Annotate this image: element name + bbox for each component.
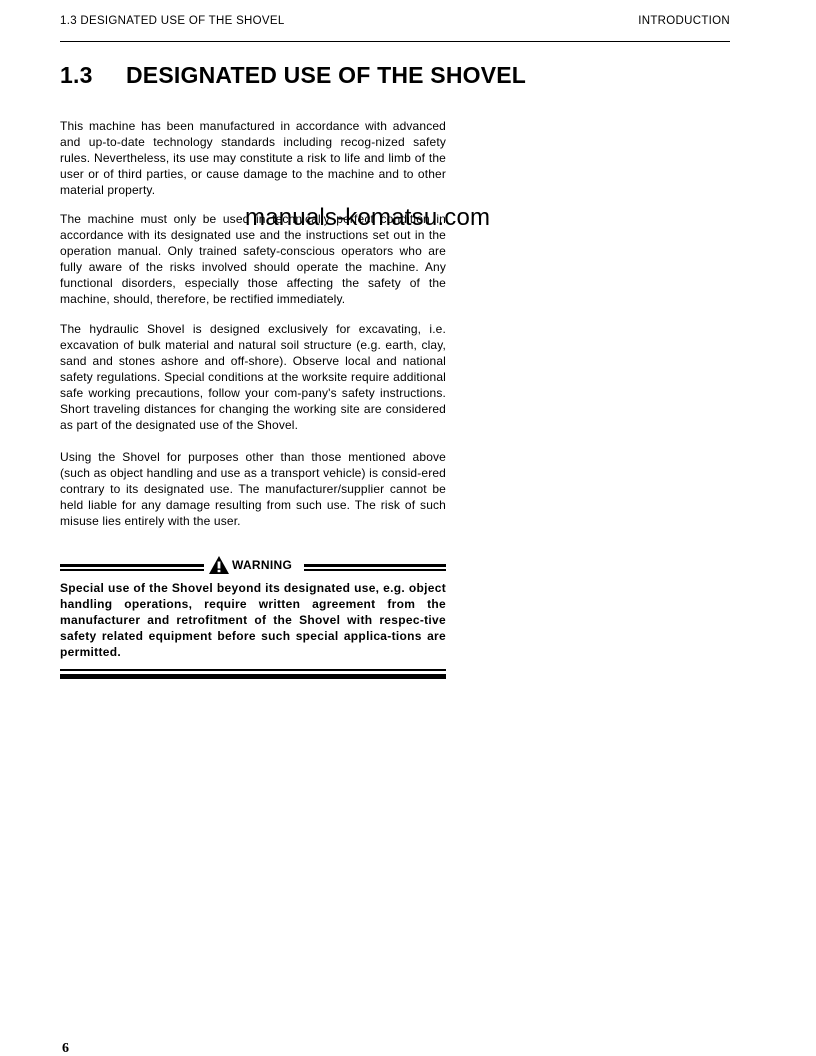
warning-label: WARNING [209,555,292,575]
paragraph-text: Using the Shovel for purposes other than… [60,449,446,529]
running-header-chapter: INTRODUCTION [638,15,730,27]
paragraph-3: The hydraulic Shovel is designed exclusi… [60,321,446,433]
paragraph-1: This machine has been manufactured in ac… [60,118,446,198]
section-number: 1.3 [60,62,126,89]
warning-rule-right [304,564,446,572]
paragraph-4: Using the Shovel for purposes other than… [60,449,446,529]
watermark: manuals-komatsu.com [245,204,490,232]
header-divider [60,41,730,42]
page-title: 1.3DESIGNATED USE OF THE SHOVEL [60,62,526,89]
running-header-section: 1.3 DESIGNATED USE OF THE SHOVEL [60,15,285,27]
warning-text: Special use of the Shovel beyond its des… [60,580,446,660]
warning-footer-rule [60,669,446,679]
warning-triangle-icon [209,556,229,574]
page-number: 6 [62,1041,69,1056]
paragraph-text: This machine has been manufactured in ac… [60,118,446,198]
paragraph-text: The hydraulic Shovel is designed exclusi… [60,321,446,433]
warning-rule-left [60,564,204,572]
warning-header: WARNING [60,555,446,575]
section-title: DESIGNATED USE OF THE SHOVEL [126,62,526,88]
warning-body: Special use of the Shovel beyond its des… [60,580,446,660]
warning-label-text: WARNING [232,558,292,572]
